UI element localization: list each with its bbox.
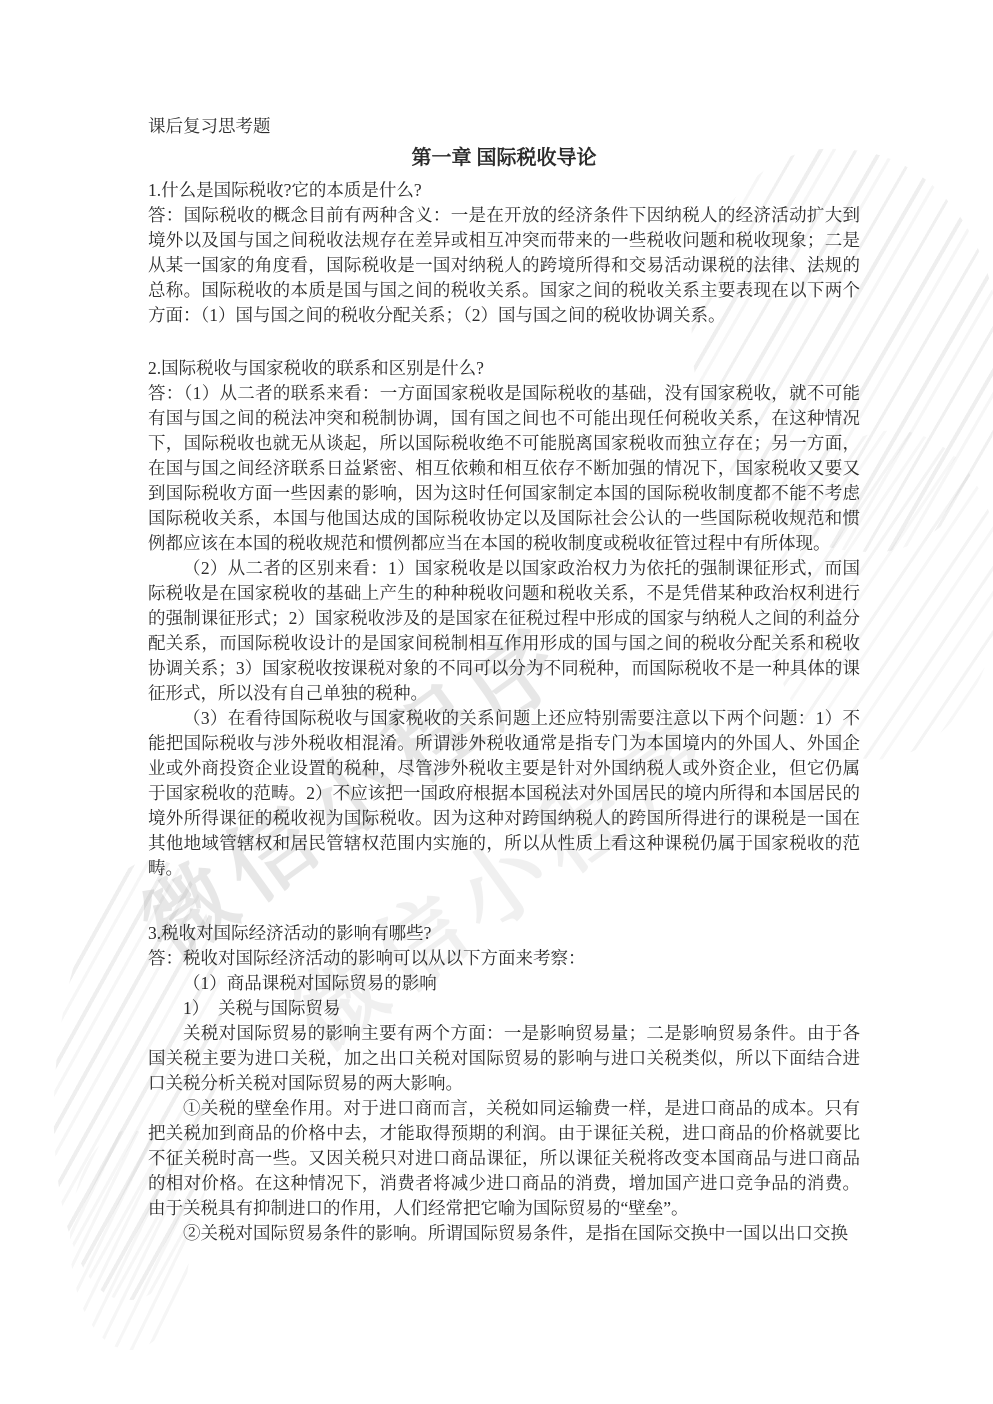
- chapter-title: 第一章 国际税收导论: [148, 144, 860, 172]
- answer-paragraph: 答：税收对国际经济活动的影响可以从以下方面来考察：: [148, 946, 860, 971]
- question-text: 3.税收对国际经济活动的影响有哪些?: [148, 921, 860, 946]
- scanned-document-page: { "document": { "header_note": "课后复习思考题"…: [0, 0, 993, 1404]
- page-content: 课后复习思考题 第一章 国际税收导论 1.什么是国际税收?它的本质是什么?答：国…: [148, 114, 860, 1246]
- answer-paragraph: ②关税对国际贸易条件的影响。所谓国际贸易条件，是指在国际交换中一国以出口交换: [148, 1221, 860, 1246]
- document-body: 1.什么是国际税收?它的本质是什么?答：国际税收的概念目前有两种含义：一是在开放…: [148, 178, 860, 1246]
- header-note: 课后复习思考题: [148, 114, 860, 138]
- answer-paragraph: 答：（1）从二者的联系来看：一方面国家税收是国际税收的基础，没有国家税收，就不可…: [148, 381, 860, 556]
- question-text: 1.什么是国际税收?它的本质是什么?: [148, 178, 860, 203]
- answer-paragraph: 1） 关税与国际贸易: [148, 996, 860, 1021]
- qa-section: 2.国际税收与国家税收的联系和区别是什么?答：（1）从二者的联系来看：一方面国家…: [148, 356, 860, 881]
- qa-section: 1.什么是国际税收?它的本质是什么?答：国际税收的概念目前有两种含义：一是在开放…: [148, 178, 860, 328]
- answer-paragraph: ①关税的壁垒作用。对于进口商而言，关税如同运输费一样，是进口商品的成本。只有把关…: [148, 1096, 860, 1221]
- question-text: 2.国际税收与国家税收的联系和区别是什么?: [148, 356, 860, 381]
- answer-paragraph: 答：国际税收的概念目前有两种含义：一是在开放的经济条件下因纳税人的经济活动扩大到…: [148, 203, 860, 328]
- answer-paragraph: （1）商品课税对国际贸易的影响: [148, 971, 860, 996]
- qa-section: 3.税收对国际经济活动的影响有哪些?答：税收对国际经济活动的影响可以从以下方面来…: [148, 921, 860, 1246]
- answer-paragraph: 关税对国际贸易的影响主要有两个方面：一是影响贸易量；二是影响贸易条件。由于各国关…: [148, 1021, 860, 1096]
- answer-paragraph: （2）从二者的区别来看：1）国家税收是以国家政治权力为依托的强制课征形式，而国际…: [148, 556, 860, 706]
- answer-paragraph: （3）在看待国际税收与国家税收的关系问题上还应特别需要注意以下两个问题：1）不能…: [148, 706, 860, 881]
